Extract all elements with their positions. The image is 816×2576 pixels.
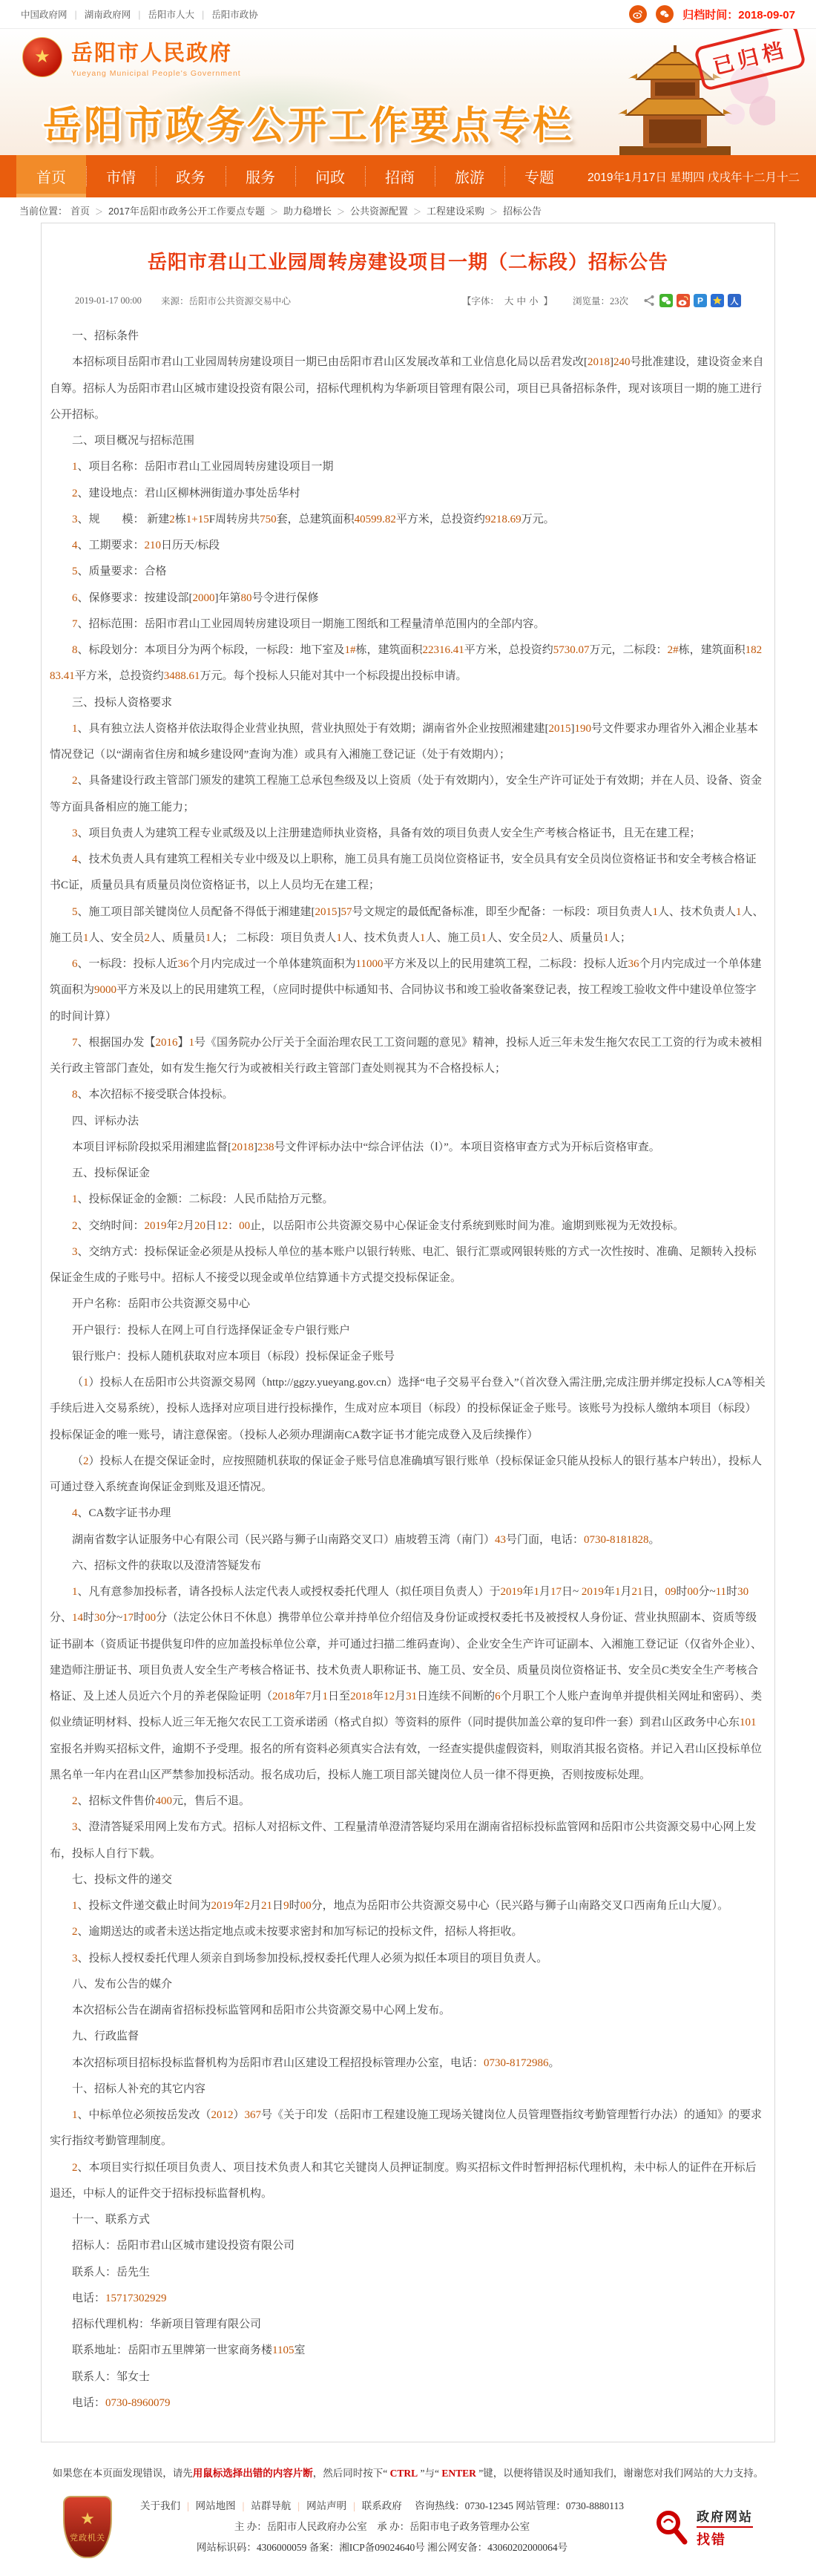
site-header: ★ 岳阳市人民政府 Yueyang Municipal People's Gov… (0, 29, 816, 155)
national-emblem-icon: ★ (22, 37, 62, 77)
paragraph: 2、具备建设行政主管部门颁发的建筑工程施工总承包叁级及以上资质（处于有效期内），… (50, 768, 766, 821)
footer-organizer: 主 办：岳阳市人民政府办公室 承 办：岳阳市电子政务管理办公室 (140, 2517, 624, 2537)
main-nav: 首页市情政务服务问政招商旅游专题 2019年1月17日 星期四 戊戌年十二月十二 (0, 155, 816, 197)
correction-segment: ，然后同时按下“ (313, 2468, 390, 2479)
paragraph: 招标人：岳阳市君山区城市建设投资有限公司 (50, 2233, 766, 2259)
topbar-link[interactable]: 岳阳市人大 (131, 7, 194, 21)
paragraph: 2、招标文件售价400元，售后不退。 (50, 1789, 766, 1815)
paragraph: 本次招标公告在湖南省招标投标监管网和岳阳市公共资源交易中心网上发布。 (50, 1998, 766, 2024)
paragraph: 电话：0730-8960079 (50, 2390, 766, 2416)
paragraph: 电话：15717302929 (50, 2286, 766, 2312)
nav-item[interactable]: 专题 (504, 155, 574, 197)
topbar-right: 归档时间：2018-09-07 (629, 5, 795, 23)
footer-links: 关于我们网站地图站群导航网站声明联系政府 咨询热线：0730-12345 网站管… (140, 2496, 624, 2517)
footer-hotline: 咨询热线：0730-12345 网站管理：0730-8880113 (415, 2500, 624, 2511)
paragraph: 本次招标项目招标投标监督机构为岳阳市君山区建设工程招投标管理办公室，电话：073… (50, 2051, 766, 2077)
paragraph: 7、根据国办发【2016】1号《国务院办公厅关于全面治理农民工工资问题的意见》精… (50, 1030, 766, 1083)
paragraph: 联系人：岳先生 (50, 2260, 766, 2286)
banner-title: 岳阳市政务公开工作要点专栏 (43, 94, 573, 150)
paragraph: 4、工期要求：210日历天/标段 (50, 533, 766, 559)
paragraph: 四、评标办法 (50, 1109, 766, 1135)
view-count: 浏览量：23次 (573, 294, 628, 307)
weibo-share-icon[interactable] (677, 294, 690, 307)
font-size-label: 【字体： (462, 294, 499, 307)
wechat-icon[interactable] (656, 5, 674, 23)
paragraph: 2、本项目实行拟任项目负责人、项目技术负责人和其它关键岗人员押证制度。购买招标文… (50, 2155, 766, 2208)
font-size-option[interactable]: 中 (516, 296, 526, 307)
topbar: 中国政府网湖南政府网岳阳市人大岳阳市政协 归档时间：2018-09-07 (0, 0, 816, 29)
badge-star-icon: ★ (80, 2511, 95, 2527)
footer-link[interactable]: 网站声明 (291, 2500, 346, 2511)
find-error-line1: 政府网站 (697, 2506, 753, 2525)
magnifier-icon (652, 2508, 691, 2546)
article-date: 2019-01-17 00:00 (75, 295, 142, 307)
font-size-label-end: 】 (543, 294, 553, 307)
topbar-link[interactable]: 岳阳市政协 (194, 7, 258, 21)
paragraph: 招标代理机构：华新项目管理有限公司 (50, 2312, 766, 2338)
footer-icp: 网站标识码：4306000059 备案：湘ICP备09024640号 湘公网安备… (140, 2537, 624, 2558)
badge-label: 党政机关 (70, 2531, 105, 2543)
paragraph: 1、中标单位必须按岳发改（2012）367号《关于印发（岳阳市工程建设施工现场关… (50, 2103, 766, 2155)
footer: ★ 党政机关 关于我们网站地图站群导航网站声明联系政府 咨询热线：0730-12… (0, 2496, 816, 2576)
paragraph: 4、技术负责人具有建筑工程相关专业中级及以上职称，施工员具有施工员岗位资格证书，… (50, 847, 766, 899)
paragraph: （1）投标人在岳阳市公共资源交易网（http://ggzy.yueyang.go… (50, 1370, 766, 1449)
paragraph: 十一、联系方式 (50, 2207, 766, 2233)
paragraph: 开户名称：岳阳市公共资源交易中心 (50, 1291, 766, 1317)
paragraph: 7、招标范围：岳阳市君山工业园周转房建设项目一期施工图纸和工程量清单范围内的全部… (50, 612, 766, 638)
qzone-share-icon[interactable] (711, 294, 724, 307)
paragraph: 3、规 模： 新建2栋1+15F周转房共750套，总建筑面积40599.82平方… (50, 507, 766, 533)
nav-item[interactable]: 市情 (86, 155, 156, 197)
paragraph: 联系人：邹女士 (50, 2364, 766, 2390)
footer-link-list: 关于我们网站地图站群导航网站声明联系政府 (140, 2500, 402, 2511)
correction-segment: CTRL (390, 2468, 418, 2479)
paragraph: 本招标项目岳阳市君山工业园周转房建设项目一期已由岳阳市君山区发展改革和工业信息化… (50, 350, 766, 428)
article-meta: 2019-01-17 00:00 来源：岳阳市公共资源交易中心 【字体：大中小】… (42, 294, 774, 307)
paragraph: 1、投标保证金的金额：二标段：人民币陆拾万元整。 (50, 1187, 766, 1213)
paragraph: 七、投标文件的递交 (50, 1867, 766, 1893)
paragraph: 1、具有独立法人资格并依法取得企业营业执照，营业执照处于有效期；湖南省外企业按照… (50, 716, 766, 769)
article-title: 岳阳市君山工业园周转房建设项目一期（二标段）招标公告 (71, 247, 745, 275)
paragraph: 3、澄清答疑采用网上发布方式。招标人对招标文件、工程量清单澄清答疑均采用在湖南省… (50, 1815, 766, 1867)
nav-item[interactable]: 旅游 (435, 155, 504, 197)
breadcrumb-label: 当前位置： (19, 203, 68, 217)
nav-items: 首页市情政务服务问政招商旅游专题 (16, 155, 574, 197)
breadcrumb-item[interactable]: 工程建设采购 (408, 206, 484, 217)
topbar-link[interactable]: 中国政府网 (21, 7, 68, 21)
weibo-icon[interactable] (629, 5, 647, 23)
paragraph: 6、保修要求：按建设部[2000]年第80号令进行保修 (50, 586, 766, 612)
paragraph: 5、施工项目部关键岗位人员配备不得低于湘建建[2015]57号文规定的最低配备标… (50, 899, 766, 952)
paragraph: 3、投标人授权委托代理人须亲自到场参加投标,授权委托代理人必须为拟任本项目的项目… (50, 1946, 766, 1972)
paragraph: 1、凡有意参加投标者，请各投标人法定代表人或授权委托代理人（拟任项目负责人）于2… (50, 1579, 766, 1789)
article-container: 岳阳市君山工业园周转房建设项目一期（二标段）招标公告 2019-01-17 00… (41, 223, 775, 2442)
paragraph: 八、发布公告的媒介 (50, 1972, 766, 1998)
paragraph: 联系地址：岳阳市五里牌第一世家商务楼1105室 (50, 2338, 766, 2364)
footer-center: 关于我们网站地图站群导航网站声明联系政府 咨询热线：0730-12345 网站管… (140, 2496, 624, 2558)
paragraph: 3、项目负责人为建筑工程专业贰级及以上注册建造师执业资格，具备有效的项目负责人安… (50, 821, 766, 847)
breadcrumb-item[interactable]: 公共资源配置 (332, 206, 408, 217)
paragraph: 三、投标人资格要求 (50, 690, 766, 716)
font-size-options: 大中小 (503, 294, 540, 307)
paragraph: 本项目评标阶段拟采用湘建监督[2018]238号文件评标办法中“综合评估法（Ⅰ）… (50, 1135, 766, 1161)
breadcrumb-item[interactable]: 招标公告 (484, 206, 542, 217)
breadcrumb-item[interactable]: 2017年岳阳市政务公开工作要点专题 (90, 206, 265, 217)
article-meta-right: 【字体：大中小】 浏览量：23次 P 人 (462, 294, 741, 307)
paragraph: 湖南省数字认证服务中心有限公司（民兴路与狮子山南路交叉口）庙坡碧玉湾（南门）43… (50, 1527, 766, 1553)
party-gov-badge[interactable]: ★ 党政机关 (63, 2496, 112, 2558)
font-size-option[interactable]: 小 (529, 296, 539, 307)
paragraph: 2、交纳时间：2019年2月20日12：00止，以岳阳市公共资源交易中心保证金支… (50, 1213, 766, 1239)
nav-item[interactable]: 招商 (365, 155, 435, 197)
topbar-links: 中国政府网湖南政府网岳阳市人大岳阳市政协 (21, 7, 258, 21)
paragraph: 一、招标条件 (50, 324, 766, 350)
breadcrumb: 当前位置： 首页2017年岳阳市政务公开工作要点专题助力稳增长公共资源配置工程建… (0, 197, 816, 223)
site-name-en: Yueyang Municipal People's Government (71, 69, 241, 78)
paragraph: 3、交纳方式：投标保证金必须是从投标人单位的基本账户以银行转账、电汇、银行汇票或… (50, 1239, 766, 1292)
correction-segment: 如果您在本页面发现错误，请先 (53, 2468, 193, 2479)
error-correction-note: 如果您在本页面发现错误，请先用鼠标选择出错的内容片断，然后同时按下“ CTRL … (0, 2465, 816, 2480)
paragraph: 银行账户：投标人随机获取对应本项目（标段）投标保证金子账号 (50, 1344, 766, 1370)
pengyou-share-icon[interactable]: P (694, 294, 707, 307)
site-title-block: 岳阳市人民政府 Yueyang Municipal People's Gover… (71, 36, 241, 78)
paragraph: 九、行政监督 (50, 2024, 766, 2050)
footer-link[interactable]: 关于我们 (140, 2500, 180, 2511)
nav-date: 2019年1月17日 星期四 戊戌年十二月十二 (588, 168, 800, 185)
nav-item[interactable]: 首页 (16, 155, 86, 197)
page: 中国政府网湖南政府网岳阳市人大岳阳市政协 归档时间：2018-09-07 ★ 岳… (0, 0, 816, 2576)
nav-item[interactable]: 服务 (226, 155, 295, 197)
renren-share-icon[interactable]: 人 (728, 294, 741, 307)
footer-link[interactable]: 站群导航 (236, 2500, 292, 2511)
paragraph: 2、建设地点：君山区柳林洲街道办事处岳华村 (50, 481, 766, 507)
site-logo[interactable]: ★ 岳阳市人民政府 Yueyang Municipal People's Gov… (22, 36, 241, 78)
archive-time-label: 归档时间：2018-09-07 (682, 7, 795, 22)
paragraph: 十、招标人补充的其它内容 (50, 2077, 766, 2103)
breadcrumb-item[interactable]: 助力稳增长 (265, 206, 332, 217)
footer-link[interactable]: 网站地图 (180, 2500, 236, 2511)
paragraph: 2、逾期送达的或者未送达指定地点或未按要求密封和加写标记的投标文件，招标人将拒收… (50, 1919, 766, 1945)
correction-segment: ”键，以便将错误及时通知我们，谢谢您对我们网站的大力支持。 (476, 2468, 763, 2479)
paragraph: 8、标段划分：本项目分为两个标段，一标段：地下室及1#栋，建筑面积22316.4… (50, 638, 766, 690)
correction-segment: ”与“ (418, 2468, 441, 2479)
article-source: 来源：岳阳市公共资源交易中心 (161, 294, 291, 307)
find-error-line2: 找错 (697, 2526, 753, 2549)
paragraph: 6、一标段：投标人近36个月内完成过一个单体建筑面积为11000平方米及以上的民… (50, 951, 766, 1030)
paragraph: （2）投标人在提交保证金时，应按照随机获取的保证金子账号信息准确填写银行账单（投… (50, 1449, 766, 1501)
svg-text:P: P (697, 296, 703, 307)
topbar-link[interactable]: 湖南政府网 (68, 7, 131, 21)
correction-segment: 用鼠标选择出错的内容片断 (193, 2468, 313, 2479)
share-icon[interactable] (642, 294, 656, 307)
paragraph: 5、质量要求：合格 (50, 559, 766, 585)
breadcrumb-items: 首页2017年岳阳市政务公开工作要点专题助力稳增长公共资源配置工程建设采购招标公… (70, 203, 542, 217)
site-name: 岳阳市人民政府 (71, 36, 241, 67)
svg-text:人: 人 (731, 297, 739, 307)
paragraph: 1、投标文件递交截止时间为2019年2月21日9时00分，地点为岳阳市公共资源交… (50, 1893, 766, 1919)
footer-link[interactable]: 联系政府 (346, 2500, 402, 2511)
paragraph: 二、项目概况与招标范围 (50, 428, 766, 454)
paragraph: 开户银行：投标人在网上可自行选择保证金专户银行账户 (50, 1318, 766, 1344)
paragraph: 8、本次招标不接受联合体投标。 (50, 1082, 766, 1108)
paragraph: 五、投标保证金 (50, 1161, 766, 1187)
paragraph: 六、招标文件的获取以及澄清答疑发布 (50, 1553, 766, 1579)
paragraph: 4、CA数字证书办理 (50, 1501, 766, 1527)
nav-item[interactable]: 问政 (295, 155, 365, 197)
nav-item[interactable]: 政务 (156, 155, 226, 197)
find-error-text: 政府网站 找错 (697, 2506, 753, 2549)
wechat-share-icon[interactable] (659, 294, 673, 307)
site-error-finder[interactable]: 政府网站 找错 (652, 2506, 753, 2549)
font-size-option[interactable]: 大 (504, 296, 514, 307)
paragraph: 1、项目名称：岳阳市君山工业园周转房建设项目一期 (50, 454, 766, 480)
correction-segment: ENTER (441, 2468, 476, 2479)
breadcrumb-item[interactable]: 首页 (70, 206, 90, 217)
article-body: 一、招标条件本招标项目岳阳市君山工业园周转房建设项目一期已由岳阳市君山区发展改革… (42, 307, 774, 2416)
